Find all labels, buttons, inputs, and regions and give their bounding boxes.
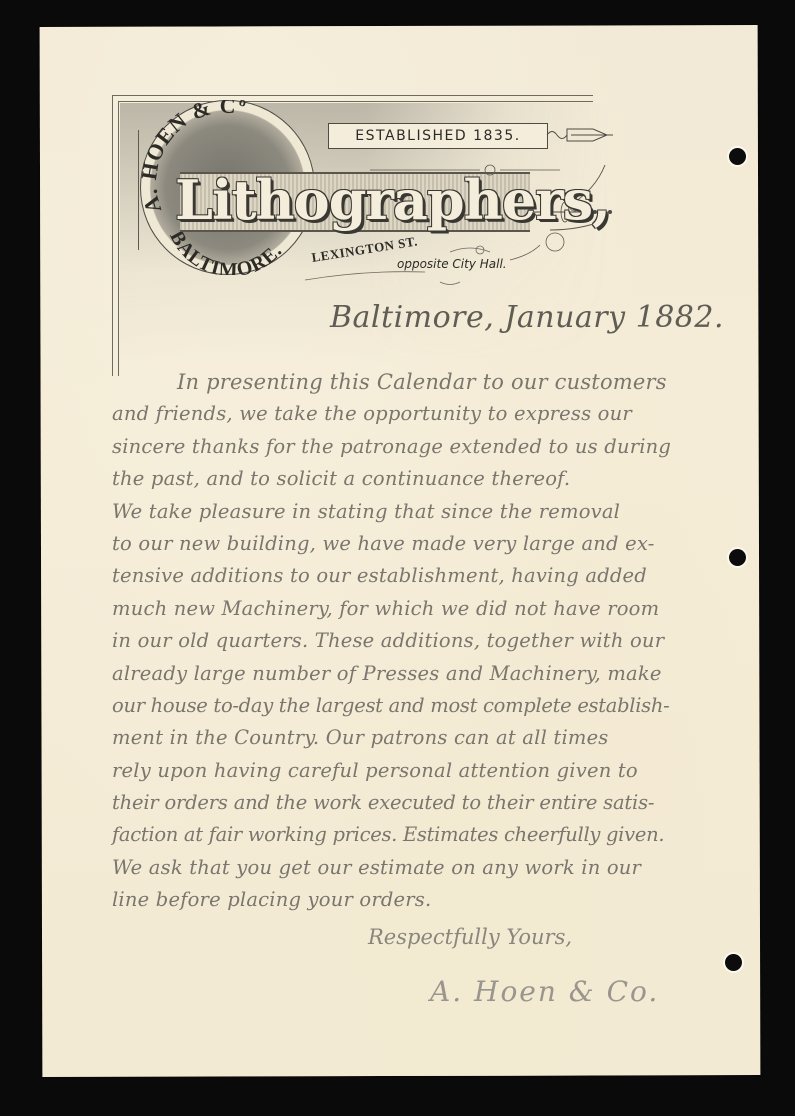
dateline: Baltimore, January 1882. — [330, 300, 724, 335]
body-line: We take pleasure in stating that since t… — [112, 496, 712, 528]
body-line: to our new building, we have made very l… — [112, 528, 712, 560]
body-line: their orders and the work executed to th… — [112, 787, 712, 819]
closing: Respectfully Yours, — [368, 925, 572, 949]
binder-hole-top — [729, 148, 746, 165]
binder-hole-middle — [729, 549, 746, 566]
body-line: We ask that you get our estimate on any … — [112, 852, 712, 884]
pen-nib-ornament — [545, 124, 615, 146]
body-line: the past, and to solicit a continuance t… — [112, 463, 712, 495]
letter-body: In presenting this Calendar to our custo… — [112, 366, 712, 917]
body-line: already large number of Presses and Mach… — [112, 658, 712, 690]
body-line: and friends, we take the opportunity to … — [112, 398, 712, 430]
body-line: faction at fair working prices. Estimate… — [112, 819, 712, 851]
binder-hole-bottom — [725, 954, 742, 971]
body-line: ment in the Country. Our patrons can at … — [112, 722, 712, 754]
letterhead-title: Lithographers, — [175, 160, 575, 240]
body-line: our house to-day the largest and most co… — [112, 690, 712, 722]
body-line: sincere thanks for the patronage extende… — [112, 431, 712, 463]
letterhead-rule — [138, 130, 139, 250]
body-line: tensive additions to our establishment, … — [112, 560, 712, 592]
established-banner: ESTABLISHED 1835. — [328, 123, 548, 149]
body-line: rely upon having careful personal attent… — [112, 755, 712, 787]
body-line: in our old quarters. These additions, to… — [112, 625, 712, 657]
signature: A. Hoen & Co. — [430, 975, 659, 1008]
body-line: In presenting this Calendar to our custo… — [112, 366, 712, 398]
address-flourish — [300, 240, 520, 290]
body-line: line before placing your orders. — [112, 884, 712, 916]
body-line: much new Machinery, for which we did not… — [112, 593, 712, 625]
established-text: ESTABLISHED 1835. — [355, 128, 520, 144]
